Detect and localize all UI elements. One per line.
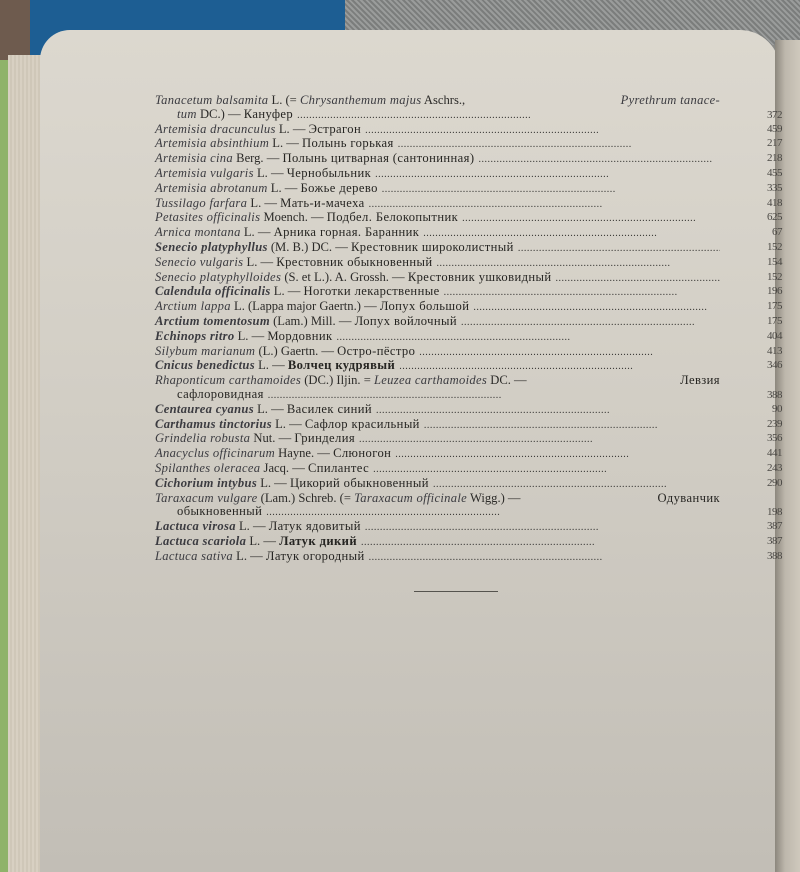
russian-name: Слюногон <box>333 447 391 461</box>
russian-name: Полынь горькая <box>302 137 394 151</box>
index-entry: Arctium tomentosum (Lam.) Mill. — Лопух … <box>155 315 770 330</box>
index-entry: Grindelia robusta Nut. — Гринделия356 <box>155 432 770 447</box>
page-number: 67 <box>742 226 782 240</box>
dot-leader <box>359 433 720 447</box>
index-entry: Petasites officinalis Moench. — Подбел. … <box>155 211 770 226</box>
russian-name: Левзия <box>680 374 720 388</box>
dot-leader <box>369 198 720 212</box>
russian-name: Латук дикий <box>279 535 357 549</box>
page-number: 198 <box>742 506 782 520</box>
page-number: 459 <box>742 123 782 137</box>
russian-name: Полынь цитварная (сантонинная) <box>282 152 474 166</box>
page-number: 441 <box>742 447 782 461</box>
dot-leader <box>369 551 720 565</box>
latin-name: Grindelia robusta <box>155 432 250 446</box>
russian-name: Божье дерево <box>301 182 378 196</box>
dot-leader <box>373 463 720 477</box>
page-number: 175 <box>742 300 782 314</box>
page-number: 387 <box>742 535 782 549</box>
index-entry: Tanacetum balsamita L. (= Chrysanthemum … <box>155 94 770 123</box>
latin-name: Silybum marianum <box>155 345 255 359</box>
russian-name: Лопух большой <box>380 300 470 314</box>
latin-name: Anacyclus officinarum <box>155 447 275 461</box>
page-number: 152 <box>742 241 782 255</box>
page-number: 152 <box>742 271 782 285</box>
dot-leader <box>382 183 720 197</box>
page-number: 455 <box>742 167 782 181</box>
latin-name: Taraxacum vulgare <box>155 491 257 505</box>
page-number: 346 <box>742 359 782 373</box>
dot-leader <box>395 448 720 462</box>
page-number: 196 <box>742 285 782 299</box>
index-entry: Senecio platyphylloides (S. et L.). A. G… <box>155 271 770 286</box>
page-number: 335 <box>742 182 782 196</box>
dot-leader <box>365 521 720 535</box>
latin-name: Petasites officinalis <box>155 211 260 225</box>
dot-leader <box>436 257 720 271</box>
index-entry: Artemisia dracunculus L. — Эстрагон459 <box>155 123 770 138</box>
dot-leader <box>444 286 720 300</box>
russian-name: Мать-и-мачеха <box>280 197 364 211</box>
index-entry: Echinops ritro L. — Мордовник404 <box>155 330 770 345</box>
index-entry: Spilanthes oleracea Jacq. — Спилантес243 <box>155 462 770 477</box>
index-entry: Lactuca scariola L. — Латук дикий387 <box>155 535 770 550</box>
page-number: 387 <box>742 520 782 534</box>
latin-name: Calendula officinalis <box>155 285 271 299</box>
page-number: 625 <box>742 211 782 225</box>
latin-name: Lactuca virosa <box>155 520 236 534</box>
page-number: 243 <box>742 462 782 476</box>
dot-leader <box>478 153 720 167</box>
index-entry: Artemisia cina Berg. — Полынь цитварная … <box>155 152 770 167</box>
dot-leader <box>268 389 720 403</box>
index-entry: Artemisia absinthium L. — Полынь горькая… <box>155 137 770 152</box>
latin-name: Cnicus benedictus <box>155 359 255 373</box>
latin-name: Artemisia cina <box>155 152 233 166</box>
russian-name: Ноготки лекарственные <box>304 285 440 299</box>
dot-leader <box>462 212 720 226</box>
index-entry: Silybum marianum (L.) Gaertn. — Остро-пё… <box>155 345 770 360</box>
russian-name: Мордовник <box>267 330 332 344</box>
index-entry: Lactuca sativa L. — Латук огородный388 <box>155 550 770 565</box>
dot-leader <box>518 242 720 256</box>
latin-name: Carthamus tinctorius <box>155 418 272 432</box>
dot-leader <box>423 227 720 241</box>
index-entry: Artemisia abrotanum L. — Божье дерево335 <box>155 182 770 197</box>
index-entry: Rhaponticum carthamoides (DC.) Iljin. = … <box>155 374 770 403</box>
plant-index-list: Tanacetum balsamita L. (= Chrysanthemum … <box>155 94 770 565</box>
russian-name: Крестовник широколистный <box>351 241 514 255</box>
latin-name: Spilanthes oleracea <box>155 462 260 476</box>
latin-name: Artemisia dracunculus <box>155 123 276 137</box>
dot-leader <box>297 109 720 123</box>
latin-name: Senecio platyphyllus <box>155 241 268 255</box>
latin-name: Cichorium intybus <box>155 477 257 491</box>
russian-name: Кануфер <box>244 108 293 122</box>
index-entry: Senecio platyphyllus (M. B.) DC. — Крест… <box>155 241 770 256</box>
page-number: 388 <box>742 389 782 403</box>
latin-name: Tussilago farfara <box>155 197 247 211</box>
page-number: 90 <box>742 403 782 417</box>
latin-name: Echinops ritro <box>155 330 234 344</box>
index-entry: Artemisia vulgaris L. — Чернобыльник455 <box>155 167 770 182</box>
page-number: 372 <box>742 109 782 123</box>
latin-name: Arctium tomentosum <box>155 315 270 329</box>
latin-name: Rhaponticum carthamoides <box>155 373 301 387</box>
dot-leader <box>376 404 720 418</box>
russian-name: Остро-пёстро <box>337 345 415 359</box>
russian-name: Лопух войлочный <box>355 315 457 329</box>
dot-leader <box>266 506 720 520</box>
index-entry: Taraxacum vulgare (Lam.) Schreb. (= Tara… <box>155 492 770 521</box>
dot-leader <box>433 478 720 492</box>
russian-name: Крестовник обыкновенный <box>276 256 432 270</box>
dot-leader <box>399 360 720 374</box>
dot-leader <box>337 331 720 345</box>
page-number: 404 <box>742 330 782 344</box>
page-number: 413 <box>742 345 782 359</box>
index-entry: Calendula officinalis L. — Ноготки лекар… <box>155 285 770 300</box>
latin-name: Lactuca sativa <box>155 550 233 564</box>
index-entry: Carthamus tinctorius L. — Сафлор красиль… <box>155 418 770 433</box>
russian-name: Чернобыльник <box>287 167 371 181</box>
index-entry: Senecio vulgaris L. — Крестовник обыкнов… <box>155 256 770 271</box>
dot-leader <box>398 138 720 152</box>
dot-leader <box>556 272 720 286</box>
index-entry: Arctium lappa L. (Lappa major Gaertn.) —… <box>155 300 770 315</box>
latin-name: Senecio vulgaris <box>155 256 243 270</box>
index-entry: Centaurea cyanus L. — Василек синий90 <box>155 403 770 418</box>
russian-name: Сафлор красильный <box>305 418 420 432</box>
russian-name: Подбел. Белокопытник <box>327 211 458 225</box>
page-number: 154 <box>742 256 782 270</box>
latin-name: Senecio platyphylloides <box>155 271 281 285</box>
dot-leader <box>375 168 720 182</box>
index-entry: Lactuca virosa L. — Латук ядовитый387 <box>155 520 770 535</box>
russian-name: Латук ядовитый <box>269 520 361 534</box>
page-number: 290 <box>742 477 782 491</box>
russian-name: Латук огородный <box>266 550 365 564</box>
index-entry: Arnica montana L. — Арника горная. Баран… <box>155 226 770 241</box>
latin-name: Artemisia abrotanum <box>155 182 268 196</box>
index-entry: Anacyclus officinarum Hayne. — Слюногон4… <box>155 447 770 462</box>
latin-name: Artemisia vulgaris <box>155 167 254 181</box>
dot-leader <box>365 124 720 138</box>
dot-leader <box>361 536 720 550</box>
dot-leader <box>473 301 720 315</box>
page-number: 388 <box>742 550 782 564</box>
page-number: 239 <box>742 418 782 432</box>
russian-name: Гринделия <box>294 432 355 446</box>
latin-name: Arctium lappa <box>155 300 231 314</box>
russian-name: Василек синий <box>287 403 372 417</box>
index-entry: Tussilago farfara L. — Мать-и-мачеха418 <box>155 197 770 212</box>
section-end-rule <box>414 591 498 592</box>
russian-name: Волчец кудрявый <box>288 359 395 373</box>
latin-name: Centaurea cyanus <box>155 403 254 417</box>
russian-name: Крестовник ушковидный <box>408 271 552 285</box>
russian-name: Спилантес <box>308 462 369 476</box>
russian-name: Цикорий обыкновенный <box>290 477 429 491</box>
russian-name: Арника горная. Баранник <box>274 226 420 240</box>
dot-leader <box>424 419 720 433</box>
page-number: 418 <box>742 197 782 211</box>
latin-name: Arnica montana <box>155 226 241 240</box>
page-number: 217 <box>742 137 782 151</box>
russian-name: Эстрагон <box>309 123 362 137</box>
index-entry: Cichorium intybus L. — Цикорий обыкновен… <box>155 477 770 492</box>
latin-name: Lactuca scariola <box>155 535 246 549</box>
latin-name: Tanacetum balsamita <box>155 93 268 107</box>
page-number: 356 <box>742 432 782 446</box>
dot-leader <box>461 316 720 330</box>
dot-leader <box>419 346 720 360</box>
page-number: 175 <box>742 315 782 329</box>
page-number: 218 <box>742 152 782 166</box>
index-entry: Cnicus benedictus L. — Волчец кудрявый34… <box>155 359 770 374</box>
latin-name: Artemisia absinthium <box>155 137 269 151</box>
russian-name: Одуванчик <box>657 492 720 506</box>
